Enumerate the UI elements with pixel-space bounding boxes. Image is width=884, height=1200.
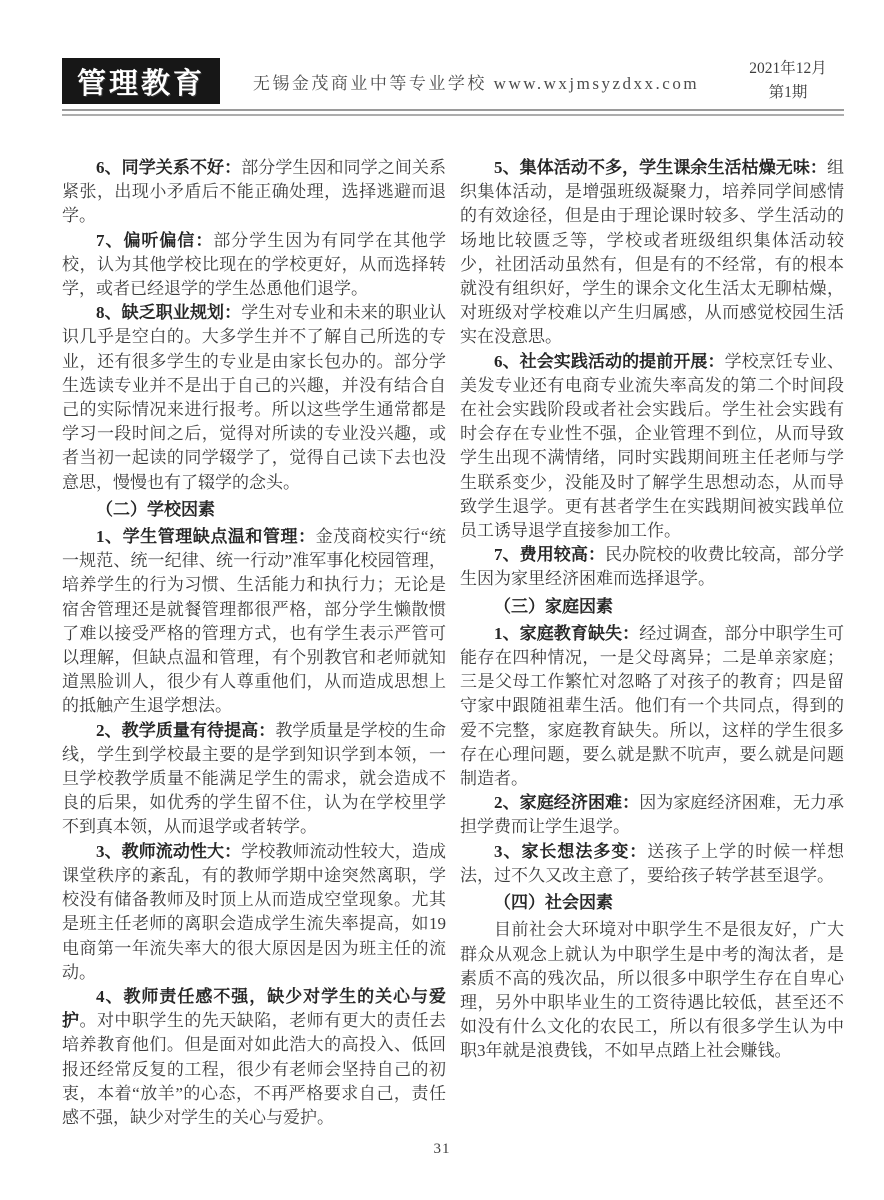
paragraph: 7、偏听偏信：部分学生因为有同学在其他学校，认为其他学校比现在的学校更好，从而选…: [62, 229, 446, 302]
paragraph-head: 8、缺乏职业规划：: [96, 303, 241, 322]
paragraph-head: 7、偏听偏信：: [96, 231, 213, 250]
school-name: 无锡金茂商业中等专业学校 www.wxjmsyzdxx.com: [220, 69, 732, 94]
page-number: 31: [0, 1141, 884, 1158]
paragraph: 2、教学质量有待提高：教学质量是学校的生命线，学生到学校最主要的是学到知识学到本…: [62, 719, 446, 840]
paragraph: 7、费用较高：民办院校的收费比较高，部分学生因为家里经济困难而选择退学。: [460, 543, 844, 591]
article-body: 6、同学关系不好：部分学生因和同学之间关系紧张，出现小矛盾后不能正确处理，选择逃…: [62, 156, 844, 1130]
paragraph-head: 2、教学质量有待提高：: [96, 721, 275, 740]
paragraph: 3、教师流动性大：学校教师流动性较大，造成课堂秩序的紊乱，有的教师学期中途突然离…: [62, 840, 446, 985]
paragraph-head: 2、家庭经济困难：: [494, 793, 639, 812]
paragraph: 5、集体活动不多，学生课余生活枯燥无味：组织集体活动，是增强班级凝聚力，培养同学…: [460, 156, 844, 350]
paragraph: 2、家庭经济困难：因为家庭经济困难，无力承担学费而让学生退学。: [460, 791, 844, 839]
paragraph: 目前社会大环境对中职学生不是很友好，广大群众从观念上就认为中职学生是中考的淘汰者…: [460, 918, 844, 1063]
journal-logo: 管理教育: [62, 58, 220, 104]
issue-info: 2021年12月 第1期: [732, 57, 844, 105]
issue-number: 第1期: [732, 81, 844, 105]
section-heading: （四）社会因素: [460, 891, 844, 915]
paragraph-head: 5、集体活动不多，学生课余生活枯燥无味：: [494, 158, 827, 177]
paragraph-head: 1、家庭教育缺失：: [494, 624, 639, 643]
paragraph: 6、同学关系不好：部分学生因和同学之间关系紧张，出现小矛盾后不能正确处理，选择逃…: [62, 156, 446, 229]
right-column: 5、集体活动不多，学生课余生活枯燥无味：组织集体活动，是增强班级凝聚力，培养同学…: [460, 156, 844, 1130]
paragraph: 4、教师责任感不强，缺少对学生的关心与爱护。对中职学生的先天缺陷，老师有更大的责…: [62, 985, 446, 1130]
issue-date: 2021年12月: [732, 57, 844, 81]
paragraph-head: 1、学生管理缺点温和管理：: [96, 527, 316, 546]
section-heading: （二）学校因素: [62, 498, 446, 522]
paragraph-head: 6、社会实践活动的提前开展：: [494, 352, 725, 371]
header-divider: [62, 109, 844, 116]
paragraph-head: 7、费用较高：: [494, 545, 605, 564]
left-column: 6、同学关系不好：部分学生因和同学之间关系紧张，出现小矛盾后不能正确处理，选择逃…: [62, 156, 446, 1130]
paragraph-head: 4、教师责任感不强，缺少对学生的关心与爱护: [62, 987, 446, 1030]
paragraph: 8、缺乏职业规划：学生对专业和未来的职业认识几乎是空白的。大多学生并不了解自己所…: [62, 301, 446, 495]
paragraph-head: 3、教师流动性大：: [96, 842, 241, 861]
paragraph: 3、家长想法多变：送孩子上学的时候一样想法，过不久又改主意了，要给孩子转学甚至退…: [460, 840, 844, 888]
page-header: 管理教育 无锡金茂商业中等专业学校 www.wxjmsyzdxx.com 202…: [62, 54, 844, 108]
paragraph: 1、学生管理缺点温和管理：金茂商校实行“统一规范、统一纪律、统一行动”准军事化校…: [62, 525, 446, 719]
section-heading: （三）家庭因素: [460, 595, 844, 619]
paragraph: 1、家庭教育缺失：经过调查，部分中职学生可能存在四种情况，一是父母离异；二是单亲…: [460, 622, 844, 791]
paragraph: 6、社会实践活动的提前开展：学校烹饪专业、美发专业还有电商专业流失率高发的第二个…: [460, 350, 844, 544]
paragraph-head: 6、同学关系不好：: [96, 158, 241, 177]
journal-page: 管理教育 无锡金茂商业中等专业学校 www.wxjmsyzdxx.com 202…: [0, 0, 884, 1200]
paragraph-head: 3、家长想法多变：: [494, 842, 647, 861]
